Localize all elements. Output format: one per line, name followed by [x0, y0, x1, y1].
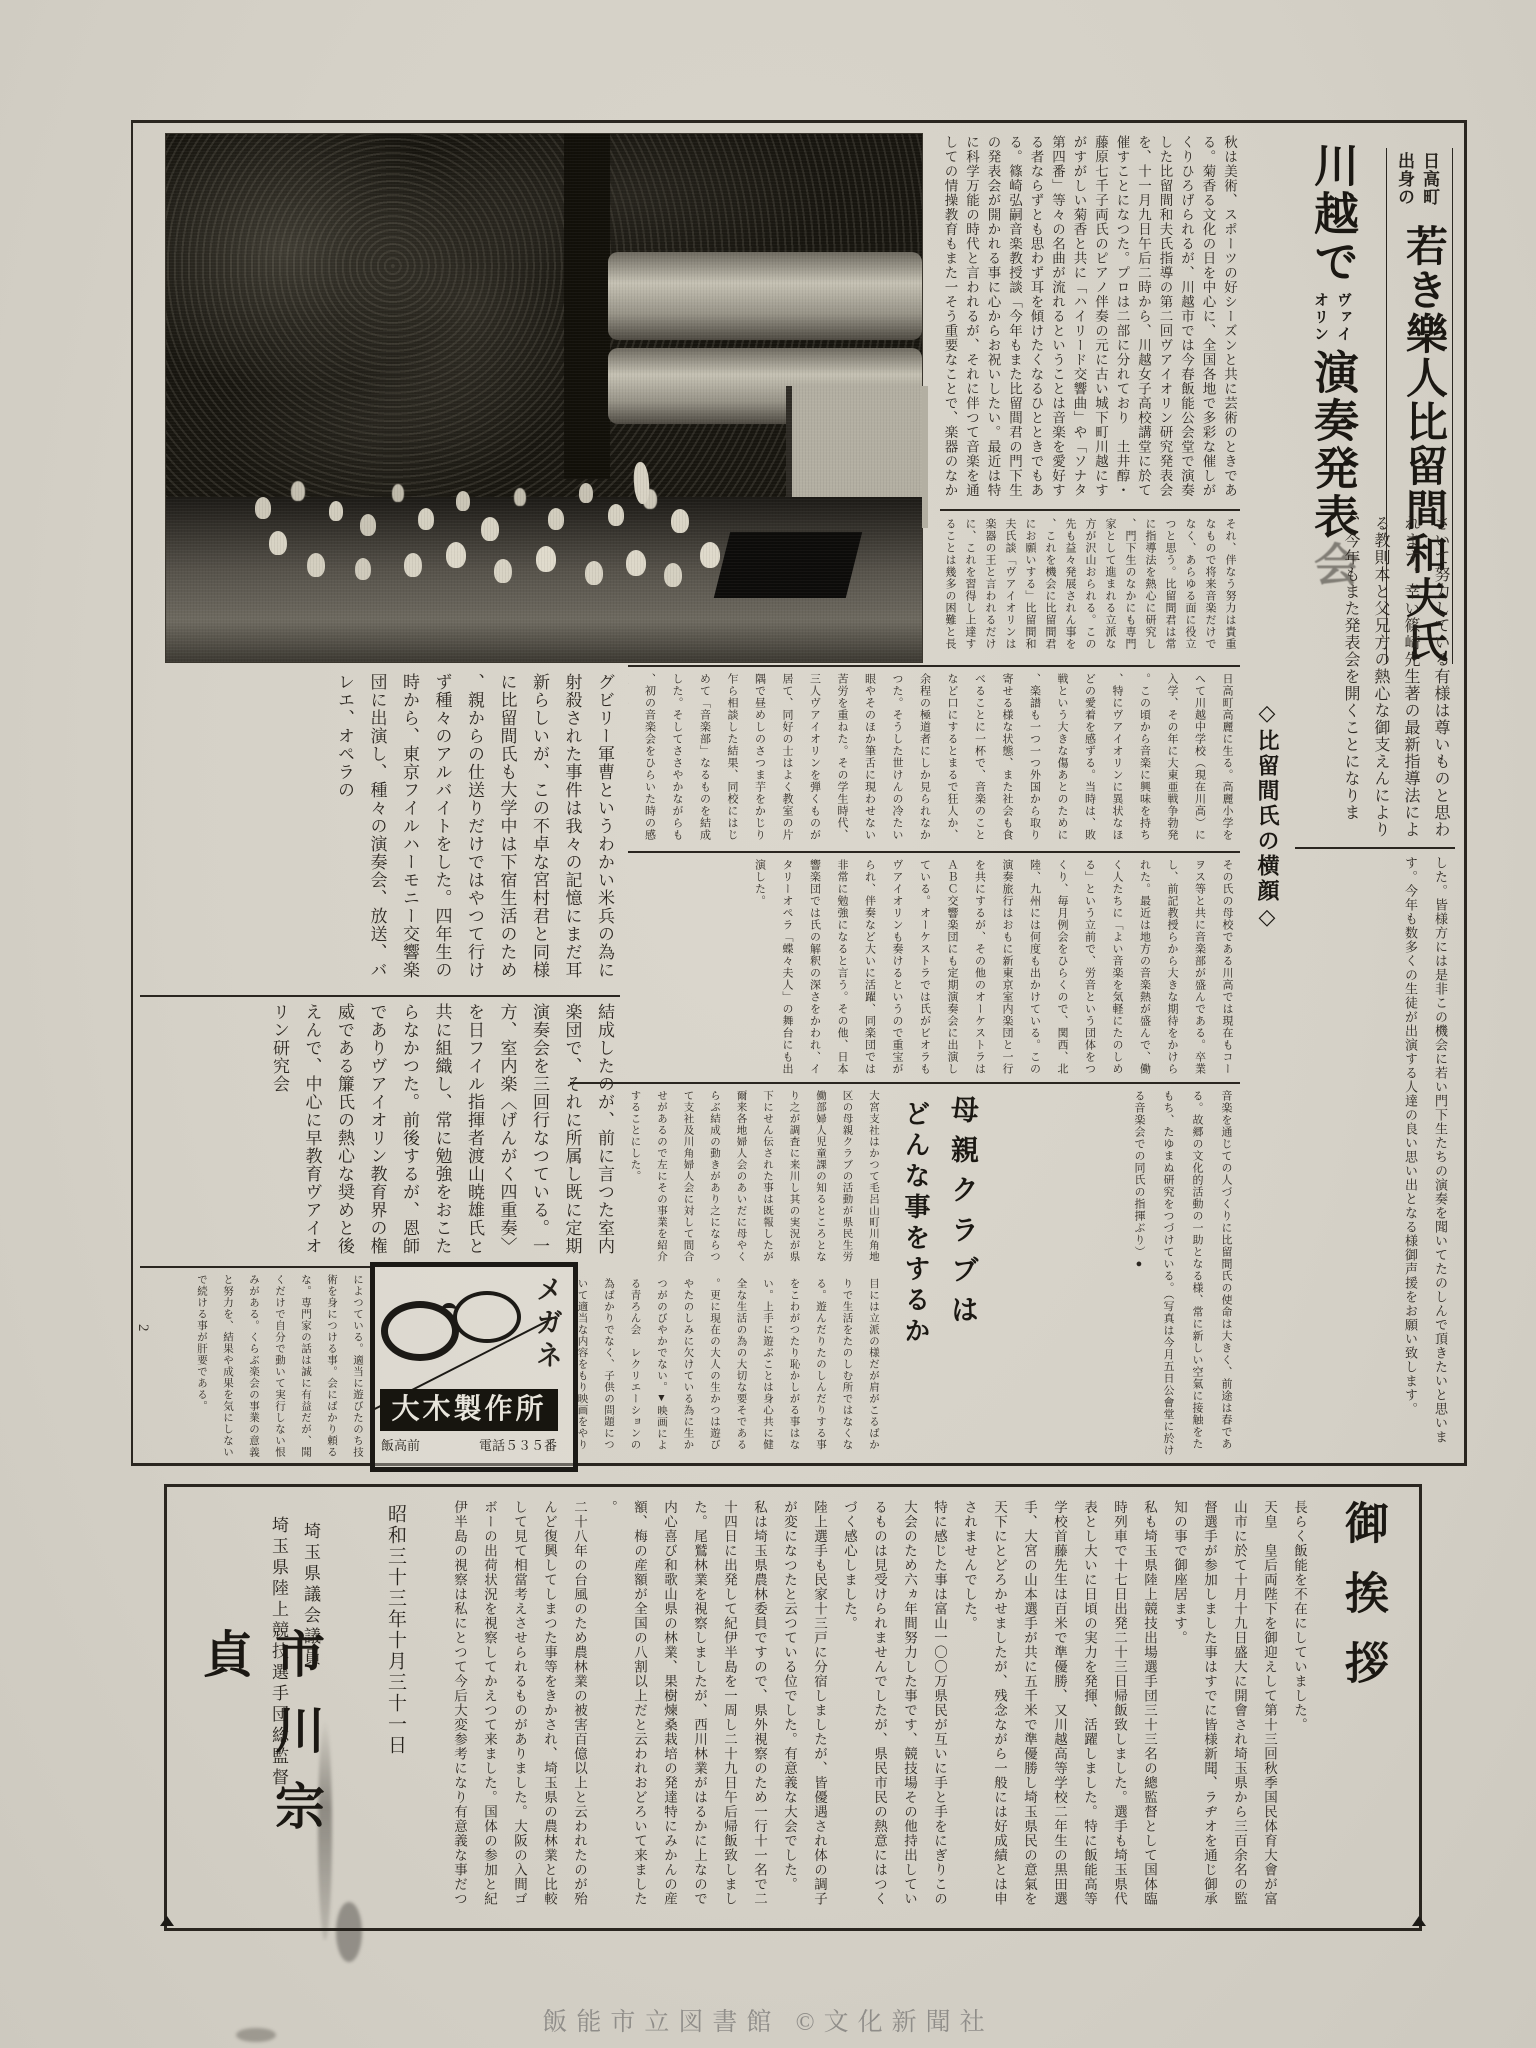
headline-kicker-line2: 出身の	[1395, 152, 1414, 206]
frame-right-rule	[1464, 120, 1467, 1466]
greeting-date: 昭和三十三年十月三十一日	[382, 1504, 409, 1904]
headline-violin-small: ヴァイオリン	[1310, 292, 1354, 343]
profile-body-1: 日高町高麗に生る。高麗小学をへて川越中学校（現在川高）に入学、その年に大東亜戦争…	[628, 673, 1240, 845]
greeting-frame-corner-left	[160, 1916, 174, 1926]
ad-product-name: メガネ	[528, 1275, 567, 1374]
stage-photo	[165, 133, 923, 663]
divider-left-mid	[140, 995, 620, 997]
ad-address: 飯高前	[381, 1435, 420, 1454]
headline-violin-part2: オリン	[1310, 292, 1331, 343]
mothers-club-headline-2: どんな事をするか	[897, 1100, 934, 1352]
ad-contact-row: 飯高前 電話５３５番	[381, 1435, 557, 1454]
headline-kicker-line1: 日高町	[1420, 152, 1439, 206]
greeting-header: 御挨拶	[1330, 1500, 1394, 1740]
frame-bottom-rule	[131, 1463, 1467, 1466]
profile-left-body-1: グビリー軍曹というわかい米兵の為に射殺された事件は我々の記憶にまだ耳新らしいが、…	[140, 673, 620, 989]
glasses-right-lens-icon	[453, 1291, 521, 1343]
profile-body-2: その氏の母校である川高では現在もコーヲス等と共に音楽部が盛んである。卒業し、前記…	[628, 859, 1240, 1077]
greeting-body: 長らく飯能を不在にしていました。 天皇 皇后両陛下を御迎えして第十三回秋季国民体…	[438, 1500, 1314, 1914]
concert-article-right-lower: した。皆様方には是非この機会に若い門下生たちの演奏を聞いてたのしんで頂きたいと思…	[1295, 856, 1455, 1456]
mothers-club-body-1: 大宮支社はかつて毛呂山町川角地区の母親クラブの活動が県民生労働部婦人児童課の知る…	[570, 1090, 886, 1270]
profile-left-body-2: 結成したのが、前に言つた室内楽団で、それに所属し既に定期演奏会を三回行なつている…	[140, 1003, 620, 1261]
headline-violin-part1: ヴァイ	[1333, 292, 1354, 343]
headline-kicker: 日高町 出身の	[1392, 152, 1442, 218]
greeting-frame-bottom	[164, 1928, 1422, 1931]
profile-body-3: 音楽を通じての人づくりに比留間氏の使命は大きく、前途は春である。故郷の文化的活動…	[1005, 1090, 1240, 1458]
concert-article-quote: それ、伴なう努力は貴重なもので将来音楽だけでなく、あらゆる面に役立つと思う。比留…	[940, 518, 1240, 658]
greeting-frame-top	[164, 1484, 1422, 1487]
concert-article-lead: 秋は美術、スポーツの好シーズンと共に芸術のときである。菊香る文化の日を中心に、全…	[940, 135, 1240, 505]
frame-left-rule	[131, 120, 133, 1466]
library-caption: 飯能市立図書館 ©文化新聞社	[0, 2002, 1536, 2038]
photo-performers	[150, 112, 166, 134]
glasses-bridge-icon	[441, 1303, 457, 1318]
divider-profile-bottom	[570, 1082, 1240, 1084]
headline-place: 川越で	[1307, 142, 1357, 286]
concert-article-right-upper: さいて努力している有様は尊いものと思われます。幸い篠崎先生著の最新指導法による教…	[1295, 515, 1455, 841]
divider-under-lead	[940, 509, 1240, 511]
headline-event-main: 演奏発表	[1307, 349, 1357, 541]
divider-right-column	[1295, 847, 1455, 849]
profile-section-header: ◇比留間氏の横顔◇	[1252, 700, 1283, 950]
divider-profile-mid	[628, 851, 1240, 853]
eyeglasses-ad: メガネ 大木製作所 飯高前 電話５３５番	[370, 1262, 578, 1472]
divider-profile-top	[628, 665, 1240, 667]
mothers-club-body-3: によつている。適当に遊びたのち技術を身につける事。会にばかり頼るな。専門家の話は…	[152, 1274, 370, 1460]
photo-halftone-grain	[166, 134, 922, 662]
ad-company-name: 大木製作所	[380, 1389, 558, 1431]
newspaper-page: 日高町 出身の 若き樂人比留間和夫氏 川越でヴァイオリン演奏発表会 秋は美術、ス…	[0, 0, 1536, 2048]
page-number: 2	[134, 1324, 151, 1332]
frame-top-rule	[131, 120, 1467, 123]
divider-left-lower	[140, 1266, 370, 1268]
mothers-club-body-2: 目には立派の様だが肩がこるばかりで生活をたのしむ所ではなくなる。遊んだりたのしん…	[570, 1278, 886, 1460]
ink-smudge-2	[336, 1902, 362, 1962]
greeting-frame-right	[1419, 1484, 1422, 1931]
mothers-club-headline-1: 母親クラブは	[942, 1095, 982, 1347]
greeting-frame-left	[164, 1484, 167, 1931]
greeting-frame-corner-right	[1412, 1916, 1426, 1926]
greeting-signature-name: 市川宗貞	[188, 1628, 332, 1928]
ad-phone: 電話５３５番	[479, 1435, 557, 1454]
